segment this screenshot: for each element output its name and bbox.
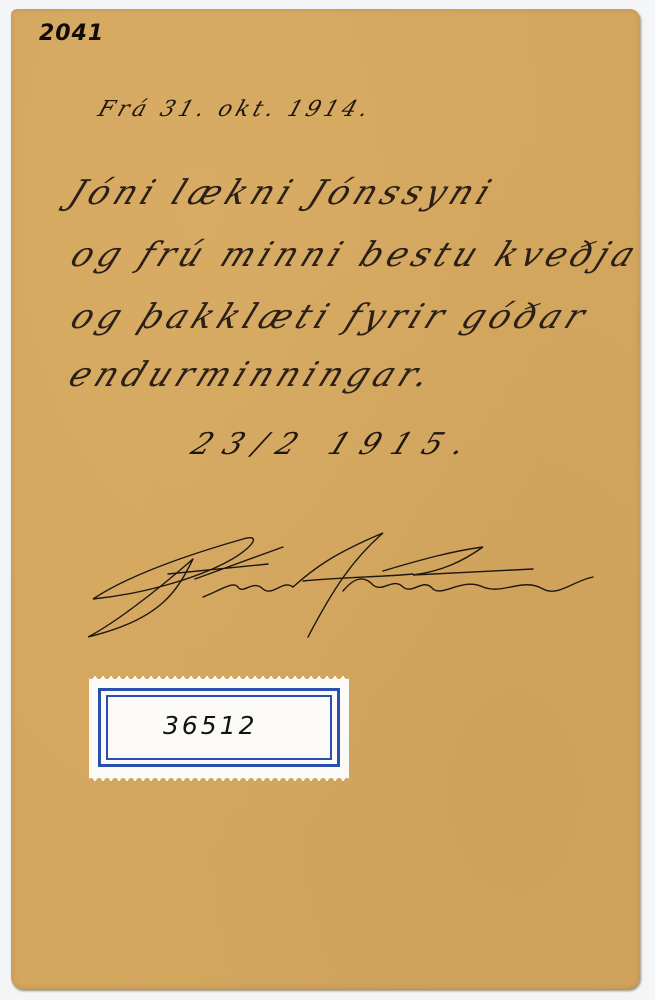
cabinet-card-back: 2041 Frá 31. okt. 1914. Jóni lækni Jónss… <box>11 9 640 989</box>
inscription-line: og frú minni bestu kveðja <box>65 235 646 275</box>
label-border-inner: 36512 <box>106 695 332 760</box>
signature: Björn Bjarnason <box>83 519 603 639</box>
inscription-line: Jóni lækni Jónssyni <box>63 173 502 213</box>
inscription-line: endurminningar. <box>63 355 441 395</box>
catalogue-label: 36512 <box>89 676 349 781</box>
inscription-date: Frá 31. okt. 1914. <box>95 97 375 122</box>
catalogue-number: 36512 <box>163 711 258 740</box>
closing-date: 23/2 1915. <box>186 427 483 462</box>
archive-number: 2041 <box>39 21 104 46</box>
label-border-outer: 36512 <box>98 688 340 767</box>
inscription-line: og þakklæti fyrir góðar <box>65 297 596 337</box>
